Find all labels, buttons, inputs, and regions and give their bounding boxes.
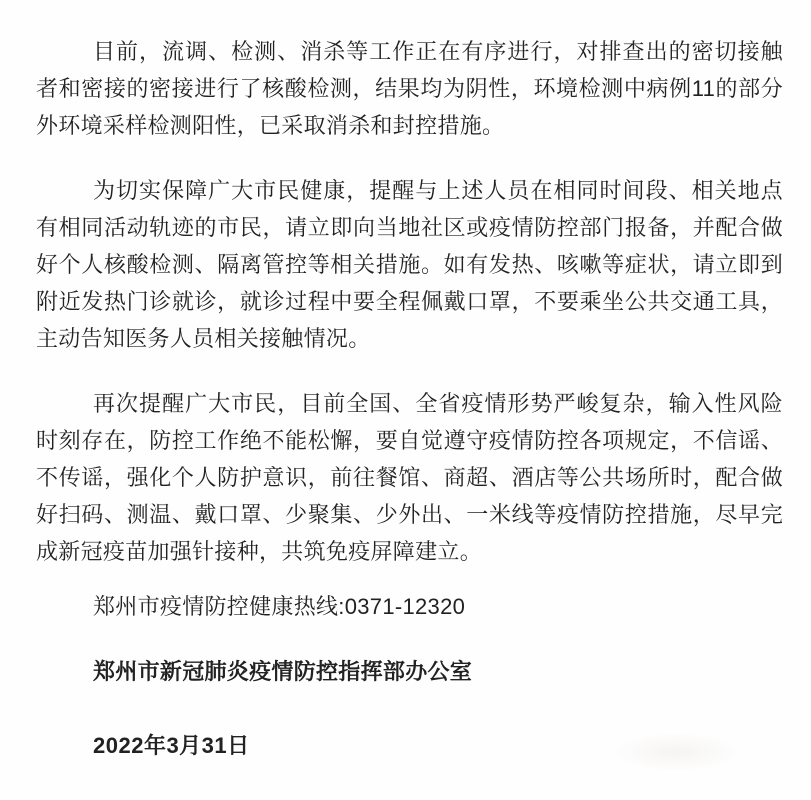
notice-document: 目前，流调、检测、消杀等工作正在有序进行，对排查出的密切接触者和密接的密接进行了… <box>0 0 811 800</box>
paragraph-reminder: 再次提醒广大市民，目前全国、全省疫情形势严峻复杂，输入性风险时刻存在，防控工作绝… <box>36 385 783 570</box>
hotline-line: 郑州市疫情防控健康热线:0371-12320 <box>36 588 783 625</box>
issuer-signature: 郑州市新冠肺炎疫情防控指挥部办公室 <box>36 653 783 690</box>
paragraph-status: 目前，流调、检测、消杀等工作正在有序进行，对排查出的密切接触者和密接的密接进行了… <box>36 33 783 144</box>
paragraph-advice: 为切实保障广大市民健康，提醒与上述人员在相同时间段、相关地点有相同活动轨迹的市民… <box>36 172 783 357</box>
issue-date: 2022年3月31日 <box>36 727 783 764</box>
